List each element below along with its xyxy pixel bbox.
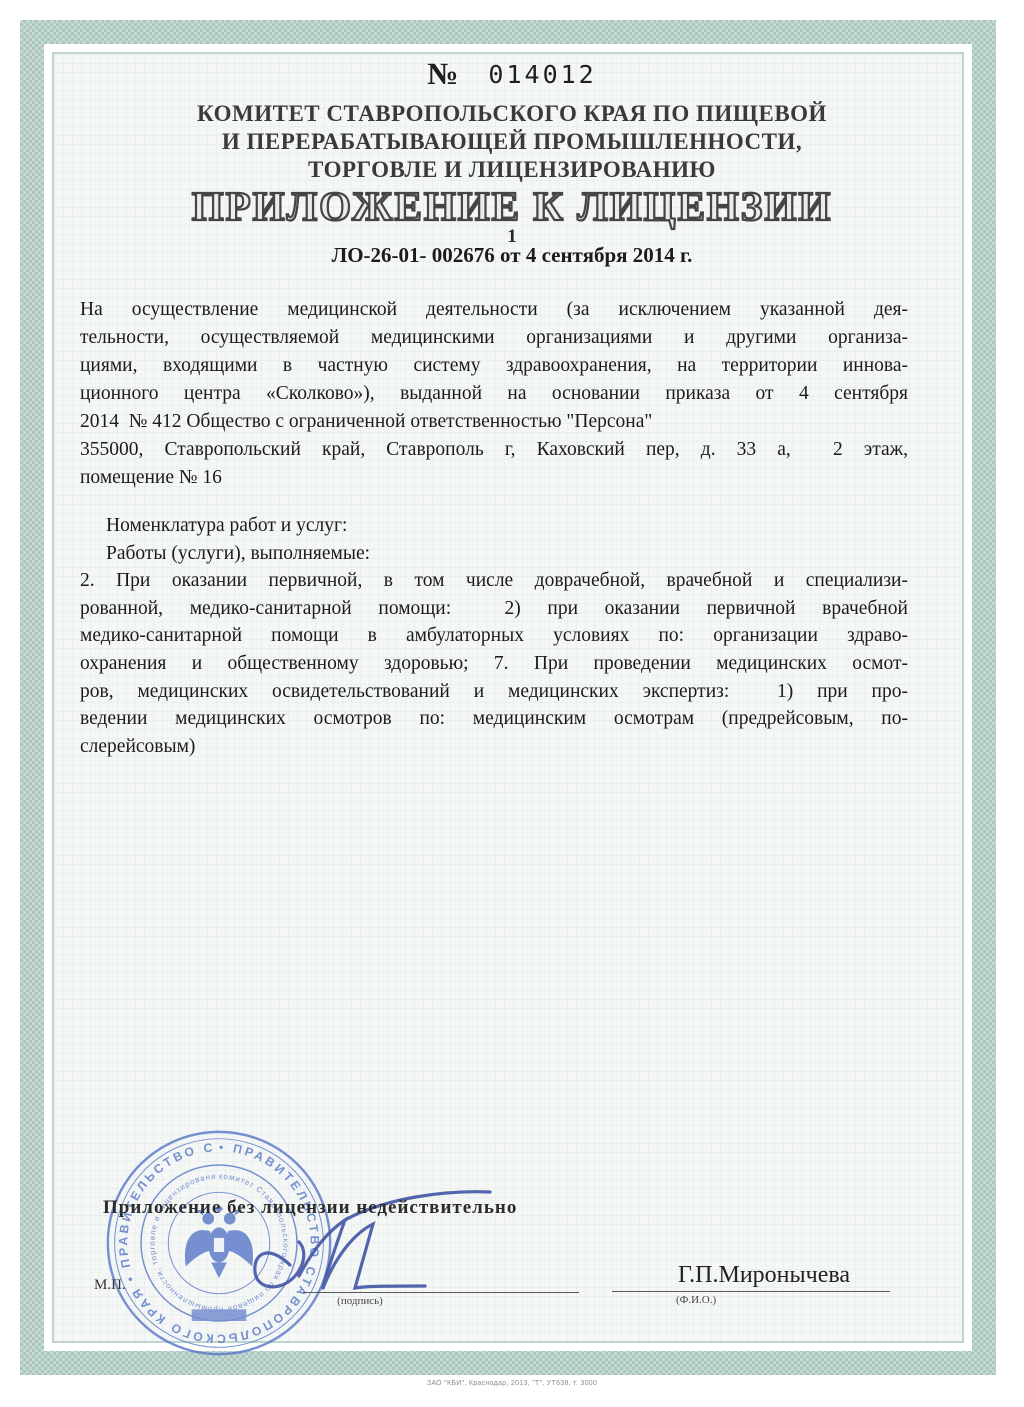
license-number-line: ЛО-26-01- 002676 от 4 сентября 2014 г. — [0, 243, 1024, 268]
nomenclature-line: охранения и общественному здоровью; 7. П… — [80, 650, 908, 678]
nomenclature-line: медико-санитарной помощи в амбулаторных … — [80, 622, 908, 650]
committee-line-3: ТОРГОВЛЕ И ЛИЦЕНЗИРОВАНИЮ — [0, 156, 1024, 184]
document-title: ПРИЛОЖЕНИЕ К ЛИЦЕНЗИИ — [0, 182, 1024, 230]
paragraph-line: На осуществление медицинской деятельност… — [80, 296, 908, 324]
activity-description: На осуществление медицинской деятельност… — [80, 296, 908, 492]
license-appendix-document: № 014012 КОМИТЕТ СТАВРОПОЛЬСКОГО КРАЯ ПО… — [0, 0, 1024, 1407]
printer-imprint: ЗАО "КБИ", Краснодар, 2013, "Т", УТ638, … — [0, 1380, 1024, 1387]
form-number-value: 014012 — [488, 60, 596, 89]
fio-line — [612, 1291, 890, 1292]
committee-name: КОМИТЕТ СТАВРОПОЛЬСКОГО КРАЯ ПО ПИЩЕВОЙ … — [0, 100, 1024, 184]
nomenclature-line: ведении медицинских осмотров по: медицин… — [80, 705, 908, 733]
paragraph-line: 355000, Ставропольский край, Ставрополь … — [80, 436, 908, 464]
validity-note: Приложение без лицензии недействительно — [103, 1197, 517, 1219]
nomenclature-section: Номенклатура работ и услуг: Работы (услу… — [80, 512, 908, 760]
numero-sign: № — [427, 56, 458, 91]
committee-line-2: И ПЕРЕРАБАТЫВАЮЩЕЙ ПРОМЫШЛЕННОСТИ, — [0, 128, 1024, 156]
paragraph-line: тельности, осуществляемой медицинскими о… — [80, 324, 908, 352]
nomenclature-line: ров, медицинских освидетельствований и м… — [80, 678, 908, 706]
signer-name: Г.П.Миронычева — [678, 1262, 850, 1289]
nomenclature-line: рованной, медико-санитарной помощи: 2) п… — [80, 595, 908, 623]
paragraph-line: ционного центра «Сколково»), выданной на… — [80, 380, 908, 408]
fio-caption: (Ф.И.О.) — [676, 1294, 716, 1306]
nomenclature-heading: Номенклатура работ и услуг: — [80, 512, 908, 540]
works-heading: Работы (услуги), выполняемые: — [80, 540, 908, 568]
nomenclature-line: слерейсовым) — [80, 733, 908, 761]
signature-caption: (подпись) — [310, 1295, 410, 1307]
paragraph-line: 2014 № 412 Общество с ограниченной ответ… — [80, 408, 908, 436]
committee-line-1: КОМИТЕТ СТАВРОПОЛЬСКОГО КРАЯ ПО ПИЩЕВОЙ — [0, 100, 1024, 128]
paragraph-line: циями, входящими в частную систему здрав… — [80, 352, 908, 380]
signature-line — [303, 1292, 579, 1293]
paragraph-line: помещение № 16 — [80, 464, 908, 492]
mp-seal-label: М.П. — [94, 1277, 126, 1294]
form-number: № 014012 — [0, 56, 1024, 92]
nomenclature-line: 2. При оказании первичной, в том числе д… — [80, 567, 908, 595]
